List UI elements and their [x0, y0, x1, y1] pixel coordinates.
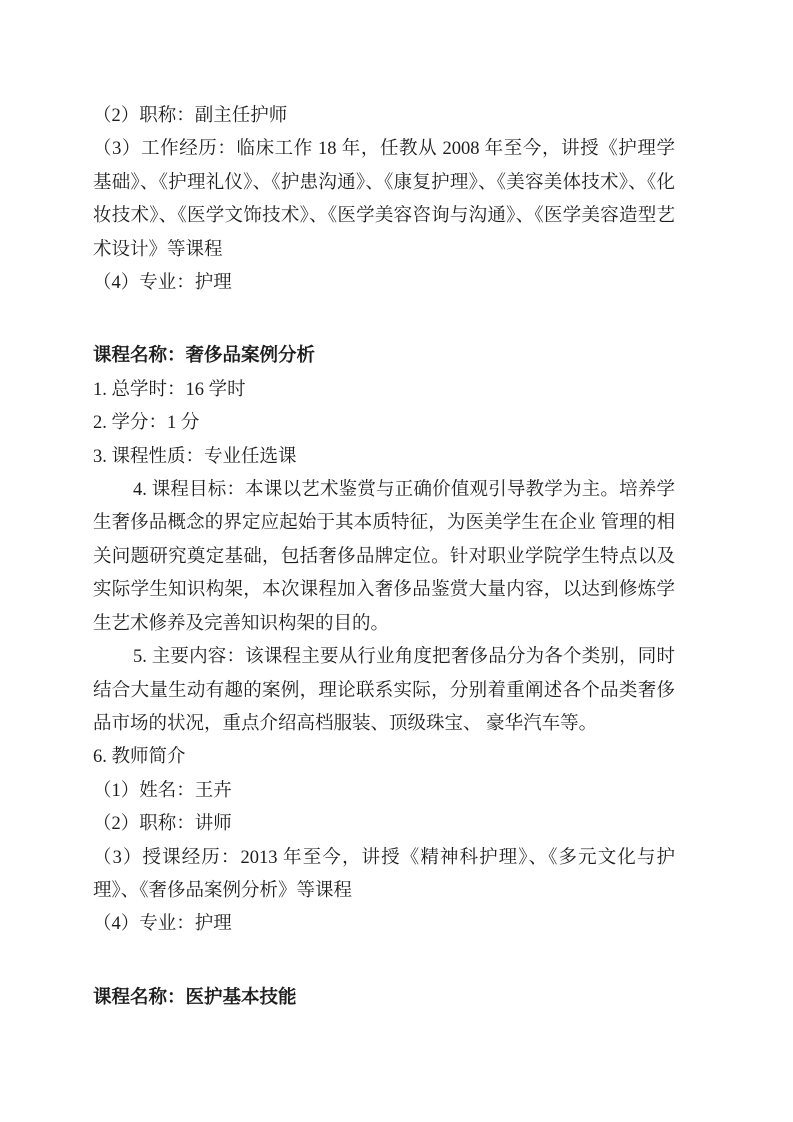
luxury-teacher-teaching-experience: （3）授课经历：2013 年至今，讲授《精神科护理》、《多元文化与护理》、《奢侈… — [93, 842, 675, 909]
prev-teacher-major: （4）专业：护理 — [93, 267, 675, 300]
course-luxury-main-content: 5. 主要内容：该课程主要从行业角度把奢侈品分为各个类别，同时结合大量生动有趣的… — [93, 641, 675, 741]
prev-teacher-job-title: （2）职称：副主任护师 — [93, 100, 675, 133]
luxury-teacher-major: （4）专业：护理 — [93, 908, 675, 941]
course-luxury-credits: 2. 学分：1 分 — [93, 407, 675, 440]
course-luxury-teacher-intro-heading: 6. 教师简介 — [93, 741, 675, 774]
course-luxury-course-type: 3. 课程性质：专业任选课 — [93, 441, 675, 474]
course-luxury-objectives: 4. 课程目标：本课以艺术鉴赏与正确价值观引导教学为主。培养学生奢侈品概念的界定… — [93, 474, 675, 641]
luxury-teacher-job-title: （2）职称：讲师 — [93, 808, 675, 841]
section-gap — [93, 300, 675, 340]
section-gap — [93, 942, 675, 982]
prev-teacher-work-experience: （3）工作经历：临床工作 18 年，任教从 2008 年至今，讲授《护理学基础》… — [93, 133, 675, 267]
course-luxury-heading: 课程名称：奢侈品案例分析 — [93, 340, 675, 373]
course-medical-heading: 课程名称：医护基本技能 — [93, 982, 675, 1015]
luxury-teacher-name: （1）姓名：王卉 — [93, 775, 675, 808]
course-luxury-total-hours: 1. 总学时：16 学时 — [93, 374, 675, 407]
document-page: （2）职称：副主任护师 （3）工作经历：临床工作 18 年，任教从 2008 年… — [0, 0, 793, 1122]
